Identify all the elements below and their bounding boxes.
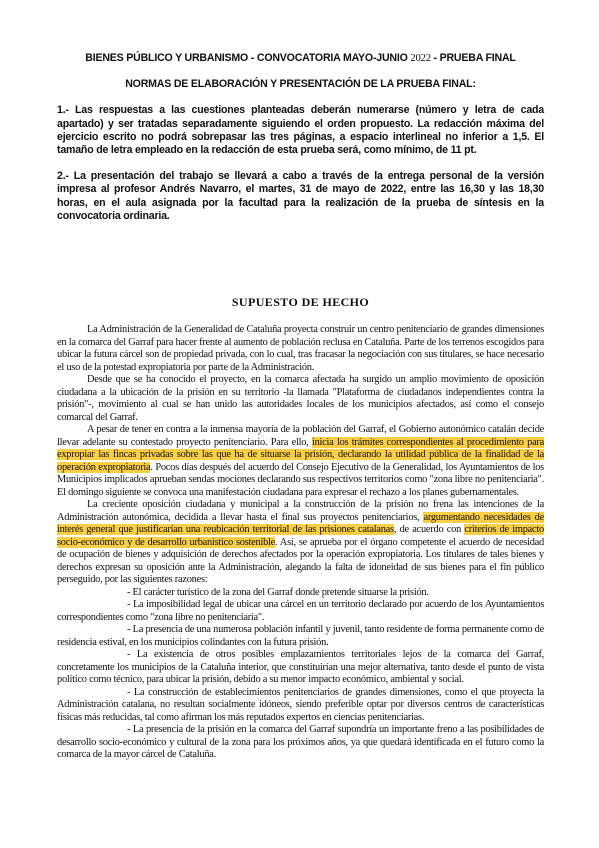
case-paragraph: Desde que se ha conocido el proyecto, en… — [57, 374, 544, 424]
text-run: Desde que se ha conocido el proyecto, en… — [57, 374, 544, 423]
text-run: - La presencia de una numerosa población… — [57, 624, 544, 648]
case-bullet-item: - La existencia de otros posibles emplaz… — [57, 649, 544, 687]
rules-heading: NORMAS DE ELABORACIÓN Y PRESENTACIÓN DE … — [57, 78, 544, 91]
instructions-block: BIENES PÚBLICO Y URBANISMO - CONVOCATORI… — [57, 52, 544, 223]
case-bullet-item: - La presencia de una numerosa población… — [57, 624, 544, 649]
rule-paragraph-2: 2.- La presentación del trabajo se lleva… — [57, 170, 544, 223]
case-bullet-item: - La imposibilidad legal de ubicar una c… — [57, 599, 544, 624]
page-content: BIENES PÚBLICO Y URBANISMO - CONVOCATORI… — [57, 52, 544, 762]
case-paragraph: La creciente oposición ciudadana y munic… — [57, 499, 544, 587]
rule-paragraph-1: 1.- Las respuestas a las cuestiones plan… — [57, 104, 544, 157]
text-run: - El carácter turístico de la zona del G… — [127, 587, 429, 598]
text-run: La Administración de la Generalidad de C… — [57, 324, 544, 373]
text-run: BIENES PÚBLICO Y URBANISMO - CONVOCATORI… — [85, 52, 410, 64]
document-page: BIENES PÚBLICO Y URBANISMO - CONVOCATORI… — [0, 0, 599, 848]
case-body: La Administración de la Generalidad de C… — [57, 324, 544, 762]
case-bullet-item: - La construcción de establecimientos pe… — [57, 687, 544, 725]
text-run: - PRUEBA FINAL — [431, 52, 516, 64]
case-paragraph: La Administración de la Generalidad de C… — [57, 324, 544, 374]
case-paragraph: A pesar de tener en contra a la inmensa … — [57, 424, 544, 499]
document-title: BIENES PÚBLICO Y URBANISMO - CONVOCATORI… — [57, 52, 544, 65]
text-run: , de acuerdo con — [394, 524, 465, 535]
text-run: 2022 — [410, 53, 430, 64]
case-bullet-item: - El carácter turístico de la zona del G… — [57, 587, 544, 600]
text-run: - La imposibilidad legal de ubicar una c… — [57, 599, 544, 623]
text-run: - La construcción de establecimientos pe… — [57, 687, 544, 723]
section-heading: SUPUESTO DE HECHO — [57, 295, 544, 310]
text-run: - La existencia de otros posibles emplaz… — [57, 649, 544, 685]
case-bullet-item: - La presencia de la prisión en la comar… — [57, 724, 544, 762]
text-run: - La presencia de la prisión en la comar… — [57, 724, 544, 760]
